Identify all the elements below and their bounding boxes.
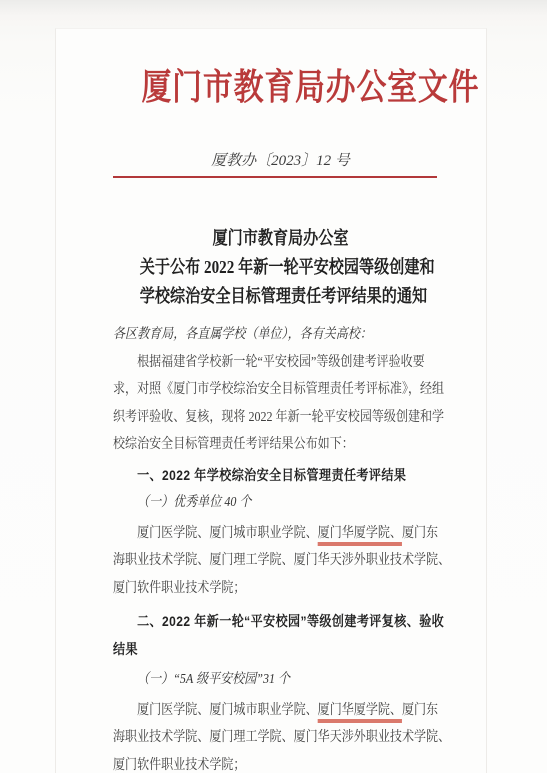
intro-line: 织考评验收、复核，现将 2022 年新一轮平安校园等级创建和学 <box>113 404 401 432</box>
red-underlined-college: 厦门华厦学院、 <box>318 703 402 723</box>
section2-heading-line-2: 结果 <box>113 636 401 664</box>
intro-line: 根据福建省学校新一轮“平安校园”等级创建考评验收要 <box>113 349 401 377</box>
title-line-2: 关于公布 2022 年新一轮平安校园等级创建和 <box>140 253 421 282</box>
college-list-line: 厦门软件职业技术学院； <box>113 575 401 603</box>
document-title: 厦门市教育局办公室 关于公布 2022 年新一轮平安校园等级创建和 学校综治安全… <box>140 224 421 311</box>
document-page: 厦门市教育局办公室文件 厦教办〔2023〕12 号 厦门市教育局办公室 关于公布… <box>55 28 487 773</box>
section2-subheading: （一）“5A 级平安校园”31 个 <box>113 666 401 694</box>
college-list-text: 厦门东 <box>402 526 438 541</box>
document-body: 各区教育局，各直属学校（单位），各有关高校： 根据福建省学校新一轮“平安校园”等… <box>113 321 448 773</box>
document-number: 厦教办〔2023〕12 号 <box>113 151 448 171</box>
college-list-line: 厦门医学院、厦门城市职业学院、厦门华厦学院、厦门东 <box>113 697 401 725</box>
section1-heading: 一、2022 年学校综治安全目标管理责任考评结果 <box>113 462 401 490</box>
intro-line: 校综治安全目标管理责任考评结果公布如下： <box>113 431 401 459</box>
college-list-text: 厦门医学院、厦门城市职业学院、 <box>137 526 318 541</box>
red-underlined-college: 厦门华厦学院、 <box>318 526 402 546</box>
college-list-text: 厦门医学院、厦门城市职业学院、 <box>137 703 318 718</box>
college-list-text: 厦门东 <box>402 703 438 718</box>
intro-line: 求，对照《厦门市学校综治安全目标管理责任考评标准》，经组 <box>113 376 401 404</box>
red-divider-line <box>113 176 437 178</box>
college-list-line: 厦门医学院、厦门城市职业学院、厦门华厦学院、厦门东 <box>113 520 401 548</box>
section1-subheading: （一）优秀单位 40 个 <box>113 489 401 517</box>
section2-heading-line-1: 二、2022 年新一轮“平安校园”等级创建考评复核、验收 <box>113 608 401 636</box>
title-line-1: 厦门市教育局办公室 <box>140 224 421 253</box>
salutation-line: 各区教育局，各直属学校（单位），各有关高校： <box>113 321 401 349</box>
college-list-line: 海职业技术学院、厦门理工学院、厦门华天涉外职业技术学院、 <box>113 724 401 752</box>
document-photo: 厦门市教育局办公室文件 厦教办〔2023〕12 号 厦门市教育局办公室 关于公布… <box>0 0 547 773</box>
agency-banner-title: 厦门市教育局办公室文件 <box>141 65 419 109</box>
college-list-line: 厦门软件职业技术学院； <box>113 752 401 773</box>
title-line-3: 学校综治安全目标管理责任考评结果的通知 <box>140 282 421 311</box>
college-list-line: 海职业技术学院、厦门理工学院、厦门华天涉外职业技术学院、 <box>113 547 401 575</box>
